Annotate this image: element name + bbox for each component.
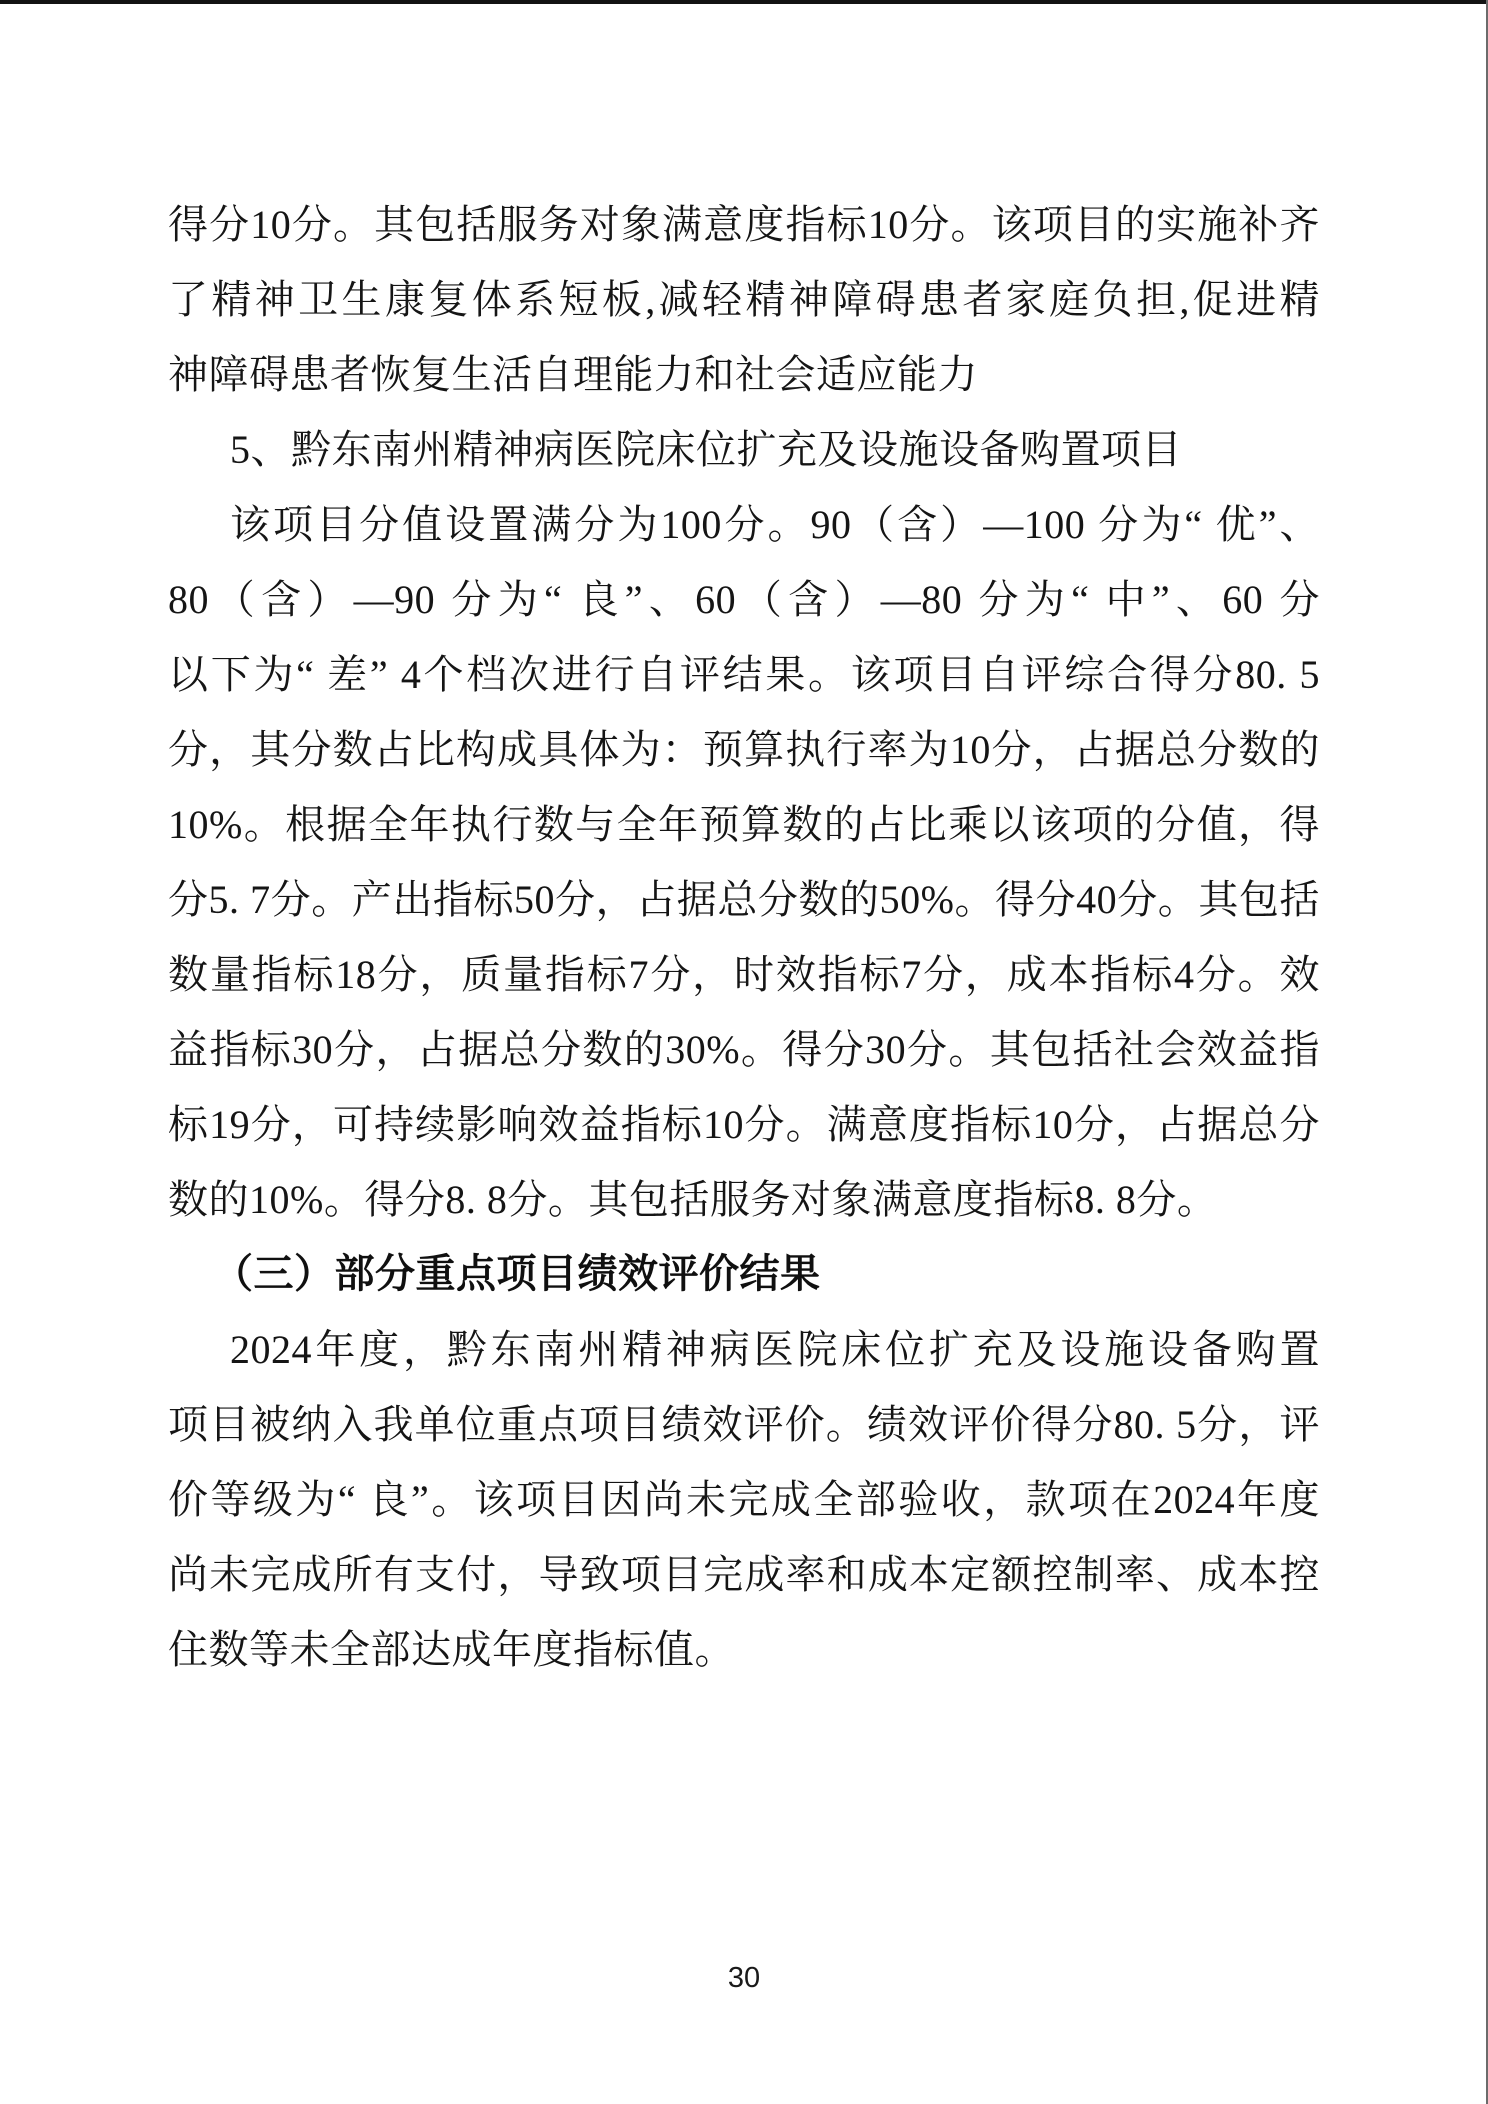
text-line: 住数等未全部达成年度指标值。 [168,1612,1320,1687]
text-line: 10%。根据全年执行数与全年预算数的占比乘以该项的分值，得 [168,787,1320,862]
text-line: 分5. 7分。产出指标50分，占据总分数的50%。得分40分。其包括 [168,862,1320,937]
document-page: 得分10分。其包括服务对象满意度指标10分。该项目的实施补齐 了精神卫生康复体系… [0,0,1488,2104]
section-heading: （三）部分重点项目绩效评价结果 [168,1237,1320,1312]
list-item-heading: 5、黔东南州精神病医院床位扩充及设施设备购置项目 [168,412,1320,487]
page-top-border [0,0,1488,4]
text-line: 分，其分数占比构成具体为：预算执行率为10分，占据总分数的 [168,712,1320,787]
text-line: 该项目分值设置满分为100分。90（含）—100 分为“ 优”、 [168,487,1320,562]
text-line: 2024年度，黔东南州精神病医院床位扩充及设施设备购置 [168,1312,1320,1387]
text-line: 数量指标18分，质量指标7分，时效指标7分，成本指标4分。效 [168,937,1320,1012]
page-number: 30 [0,1962,1488,1995]
text-line: 神障碍患者恢复生活自理能力和社会适应能力 [168,337,1320,412]
text-line: 数的10%。得分8. 8分。其包括服务对象满意度指标8. 8分。 [168,1162,1320,1237]
text-line: 益指标30分，占据总分数的30%。得分30分。其包括社会效益指 [168,1012,1320,1087]
text-line: 价等级为“ 良”。该项目因尚未完成全部验收，款项在2024年度 [168,1462,1320,1537]
text-line: 80（含）—90 分为“ 良”、60（含）—80 分为“ 中”、60 分 [168,562,1320,637]
text-line: 标19分，可持续影响效益指标10分。满意度指标10分，占据总分 [168,1087,1320,1162]
text-line: 尚未完成所有支付，导致项目完成率和成本定额控制率、成本控 [168,1537,1320,1612]
text-line: 了精神卫生康复体系短板,减轻精神障碍患者家庭负担,促进精 [168,262,1320,337]
text-line: 得分10分。其包括服务对象满意度指标10分。该项目的实施补齐 [168,187,1320,262]
document-body: 得分10分。其包括服务对象满意度指标10分。该项目的实施补齐 了精神卫生康复体系… [168,187,1320,1687]
text-line: 以下为“ 差” 4个档次进行自评结果。该项目自评综合得分80. 5 [168,637,1320,712]
text-line: 项目被纳入我单位重点项目绩效评价。绩效评价得分80. 5分，评 [168,1387,1320,1462]
